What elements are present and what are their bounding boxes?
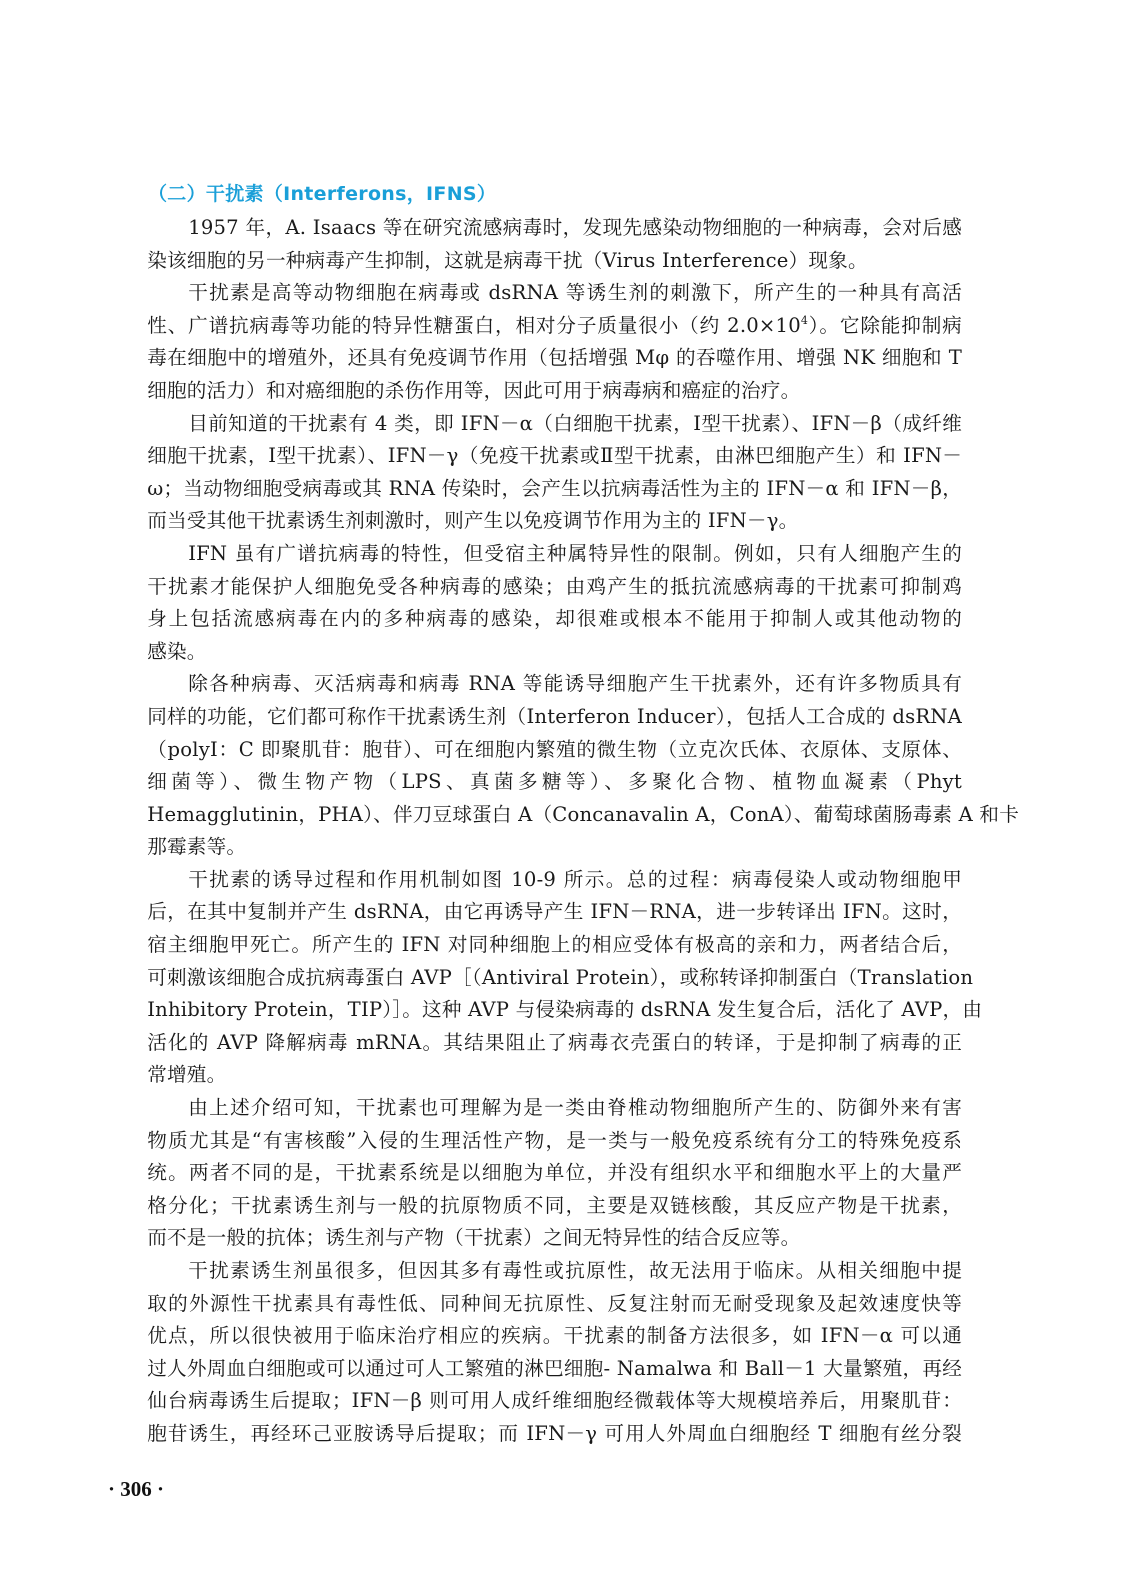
text-line: 可刺激该细胞合成抗病毒蛋白 AVP［（Antiviral Protein），或称… xyxy=(108,962,962,995)
page-number: · 306 · xyxy=(108,1477,164,1502)
text-line: IFN 虽有广谱抗病毒的特性，但受宿主种属特异性的限制。例如，只有人细胞产生的 xyxy=(108,538,962,571)
section-heading: （二）干扰素（Interferons，IFNS） xyxy=(148,178,962,210)
text-line: 那霉素等。 xyxy=(108,831,962,864)
text-line: 物质尤其是“有害核酸”入侵的生理活性产物，是一类与一般免疫系统有分工的特殊免疫系 xyxy=(108,1125,962,1158)
text-line: 干扰素的诱导过程和作用机制如图 10-9 所示。总的过程：病毒侵染人或动物细胞甲 xyxy=(108,864,962,897)
paragraph-preparation: 干扰素诱生剂虽很多，但因其多有毒性或抗原性，故无法用于临床。从相关细胞中提 取的… xyxy=(108,1255,962,1451)
text-line: 细胞的活力）和对癌细胞的杀伤作用等，因此可用于病毒病和癌症的治疗。 xyxy=(108,375,962,408)
text-line: 干扰素是高等动物细胞在病毒或 dsRNA 等诱生剂的刺激下，所产生的一种具有高活 xyxy=(108,277,962,310)
page-content: （二）干扰素（Interferons，IFNS） 1957 年，A. Isaac… xyxy=(108,178,962,1451)
text-line: 细菌等）、微生物产物（LPS、真菌多糖等）、多聚化合物、植物血凝素（Phyt xyxy=(108,766,962,799)
text-line: 活化的 AVP 降解病毒 mRNA。其结果阻止了病毒衣壳蛋白的转译，于是抑制了病… xyxy=(108,1027,962,1060)
paragraph-definition: 干扰素是高等动物细胞在病毒或 dsRNA 等诱生剂的刺激下，所产生的一种具有高活… xyxy=(108,277,962,407)
text-line: Hemagglutinin，PHA）、伴刀豆球蛋白 A（Concanavalin… xyxy=(108,799,962,832)
text-segment: ）。它除能抑制病 xyxy=(808,314,962,337)
text-line: 宿主细胞甲死亡。所产生的 IFN 对同种细胞上的相应受体有极高的亲和力，两者结合… xyxy=(108,929,962,962)
text-line: 同样的功能，它们都可称作干扰素诱生剂（Interferon Inducer），包… xyxy=(108,701,962,734)
text-line: 干扰素诱生剂虽很多，但因其多有毒性或抗原性，故无法用于临床。从相关细胞中提 xyxy=(108,1255,962,1288)
text-line: 后，在其中复制并产生 dsRNA，由它再诱导产生 IFN－RNA，进一步转译出 … xyxy=(108,896,962,929)
text-segment: 性、广谱抗病毒等功能的特异性糖蛋白，相对分子质量很小（约 2.0×10 xyxy=(147,314,801,337)
paragraph-mechanism: 干扰素的诱导过程和作用机制如图 10-9 所示。总的过程：病毒侵染人或动物细胞甲… xyxy=(108,864,962,1092)
text-line: （polyI：C 即聚肌苷：胞苷）、可在细胞内繁殖的微生物（立克次氏体、衣原体、… xyxy=(108,734,962,767)
paragraph-inducers: 除各种病毒、灭活病毒和病毒 RNA 等能诱导细胞产生干扰素外，还有许多物质具有 … xyxy=(108,668,962,864)
text-line: 统。两者不同的是，干扰素系统是以细胞为单位，并没有组织水平和细胞水平上的大量严 xyxy=(108,1157,962,1190)
text-line: 目前知道的干扰素有 4 类，即 IFN－α（白细胞干扰素，Ⅰ型干扰素）、IFN－… xyxy=(108,408,962,441)
text-line: 感染。 xyxy=(108,636,962,669)
paragraph-immune-system-comparison: 由上述介绍可知，干扰素也可理解为是一类由脊椎动物细胞所产生的、防御外来有害 物质… xyxy=(108,1092,962,1255)
text-line: 格分化；干扰素诱生剂与一般的抗原物质不同，主要是双链核酸，其反应产物是干扰素， xyxy=(108,1190,962,1223)
text-line: ω；当动物细胞受病毒或其 RNA 传染时，会产生以抗病毒活性为主的 IFN－α … xyxy=(108,473,962,506)
text-line: 取的外源性干扰素具有毒性低、同种间无抗原性、反复注射而无耐受现象及起效速度快等 xyxy=(108,1288,962,1321)
paragraph-species-specificity: IFN 虽有广谱抗病毒的特性，但受宿主种属特异性的限制。例如，只有人细胞产生的 … xyxy=(108,538,962,668)
text-line: 干扰素才能保护人细胞免受各种病毒的感染；由鸡产生的抵抗流感病毒的干扰素可抑制鸡 xyxy=(108,571,962,604)
text-line: 除各种病毒、灭活病毒和病毒 RNA 等能诱导细胞产生干扰素外，还有许多物质具有 xyxy=(108,668,962,701)
text-line: 毒在细胞中的增殖外，还具有免疫调节作用（包括增强 Mφ 的吞噬作用、增强 NK … xyxy=(108,342,962,375)
paragraph-history: 1957 年，A. Isaacs 等在研究流感病毒时，发现先感染动物细胞的一种病… xyxy=(108,212,962,277)
text-line: Inhibitory Protein，TIP）］。这种 AVP 与侵染病毒的 d… xyxy=(108,994,962,1027)
text-line: 优点，所以很快被用于临床治疗相应的疾病。干扰素的制备方法很多，如 IFN－α 可… xyxy=(108,1320,962,1353)
text-line: 仙台病毒诱生后提取；IFN－β 则可用人成纤维细胞经微载体等大规模培养后，用聚肌… xyxy=(108,1385,962,1418)
text-line-with-superscript: 性、广谱抗病毒等功能的特异性糖蛋白，相对分子质量很小（约 2.0×104）。它除… xyxy=(108,310,962,343)
text-line: 而不是一般的抗体；诱生剂与产物（干扰素）之间无特异性的结合反应等。 xyxy=(108,1222,962,1255)
text-line: 1957 年，A. Isaacs 等在研究流感病毒时，发现先感染动物细胞的一种病… xyxy=(108,212,962,245)
text-line: 常增殖。 xyxy=(108,1059,962,1092)
text-line: 胞苷诱生，再经环己亚胺诱导后提取；而 IFN－γ 可用人外周血白细胞经 T 细胞… xyxy=(108,1418,962,1451)
text-line: 染该细胞的另一种病毒产生抑制，这就是病毒干扰（Virus Interferenc… xyxy=(108,245,962,278)
text-line: 过人外周血白细胞或可以通过可人工繁殖的淋巴细胞- Namalwa 和 Ball－… xyxy=(108,1353,962,1386)
superscript-exponent: 4 xyxy=(801,314,808,327)
text-line: 身上包括流感病毒在内的多种病毒的感染，却很难或根本不能用于抑制人或其他动物的 xyxy=(108,603,962,636)
text-line: 由上述介绍可知，干扰素也可理解为是一类由脊椎动物细胞所产生的、防御外来有害 xyxy=(108,1092,962,1125)
paragraph-ifn-types: 目前知道的干扰素有 4 类，即 IFN－α（白细胞干扰素，Ⅰ型干扰素）、IFN－… xyxy=(108,408,962,538)
text-line: 而当受其他干扰素诱生剂刺激时，则产生以免疫调节作用为主的 IFN－γ。 xyxy=(108,505,962,538)
text-line: 细胞干扰素，Ⅰ型干扰素）、IFN－γ（免疫干扰素或Ⅱ型干扰素，由淋巴细胞产生）和… xyxy=(108,440,962,473)
